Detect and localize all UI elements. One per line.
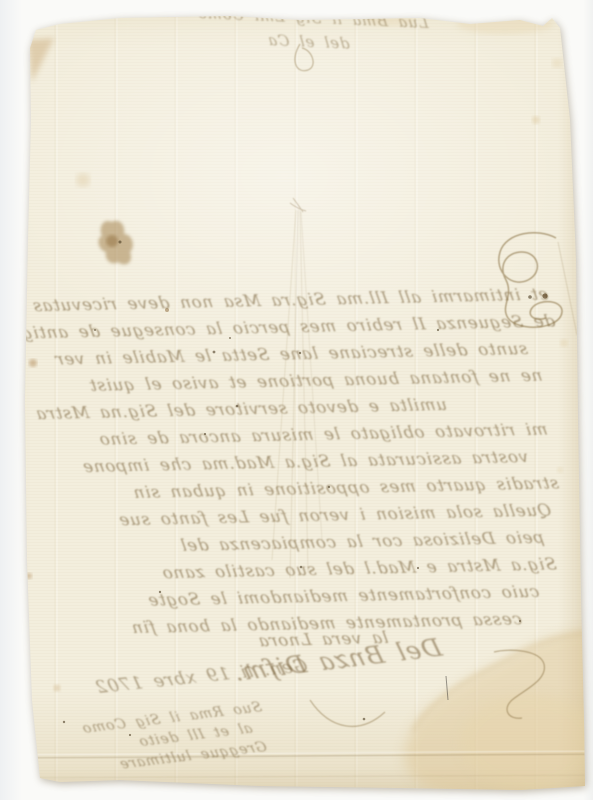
showthrough-header: Lua Bma il Sig Lmi Como del el Ca xyxy=(107,0,429,59)
top-edge-tint xyxy=(457,14,553,34)
signature-flourish-right xyxy=(494,650,544,718)
ink-blotch-core xyxy=(106,235,118,247)
showthrough-date: Gen. li 19 xbre 1702 xyxy=(40,656,309,704)
corner-stain-top-left xyxy=(28,38,54,82)
showthrough-body: et intimarmi all Ill.ma Sig.ra Msa non d… xyxy=(54,280,562,642)
ink-blotch-left xyxy=(99,221,133,265)
faint-spot xyxy=(76,173,90,187)
water-stain-core xyxy=(460,694,593,790)
signature-swash xyxy=(310,700,385,726)
diagonal-crease-top-right xyxy=(558,242,577,335)
date-text: Gen. li 19 xbre 1702 xyxy=(38,656,309,704)
showthrough-address: Suo Rma il Sig Como al et Ill deito Greg… xyxy=(47,697,268,783)
faint-spot xyxy=(552,58,562,68)
faint-spot xyxy=(532,116,540,124)
paper-sheet: Lua Bma il Sig Lmi Como del el Ca et int… xyxy=(0,0,593,800)
crease-knot xyxy=(290,198,306,212)
scanned-letter-page: { "meta": { "kind": "historical manuscri… xyxy=(0,0,593,800)
pen-scratch xyxy=(446,676,448,700)
paper-shadow: Lua Bma il Sig Lmi Como del el Ca et int… xyxy=(0,0,593,800)
edge-spot xyxy=(26,573,32,579)
faint-spot xyxy=(560,339,568,347)
edge-spot xyxy=(29,359,37,367)
